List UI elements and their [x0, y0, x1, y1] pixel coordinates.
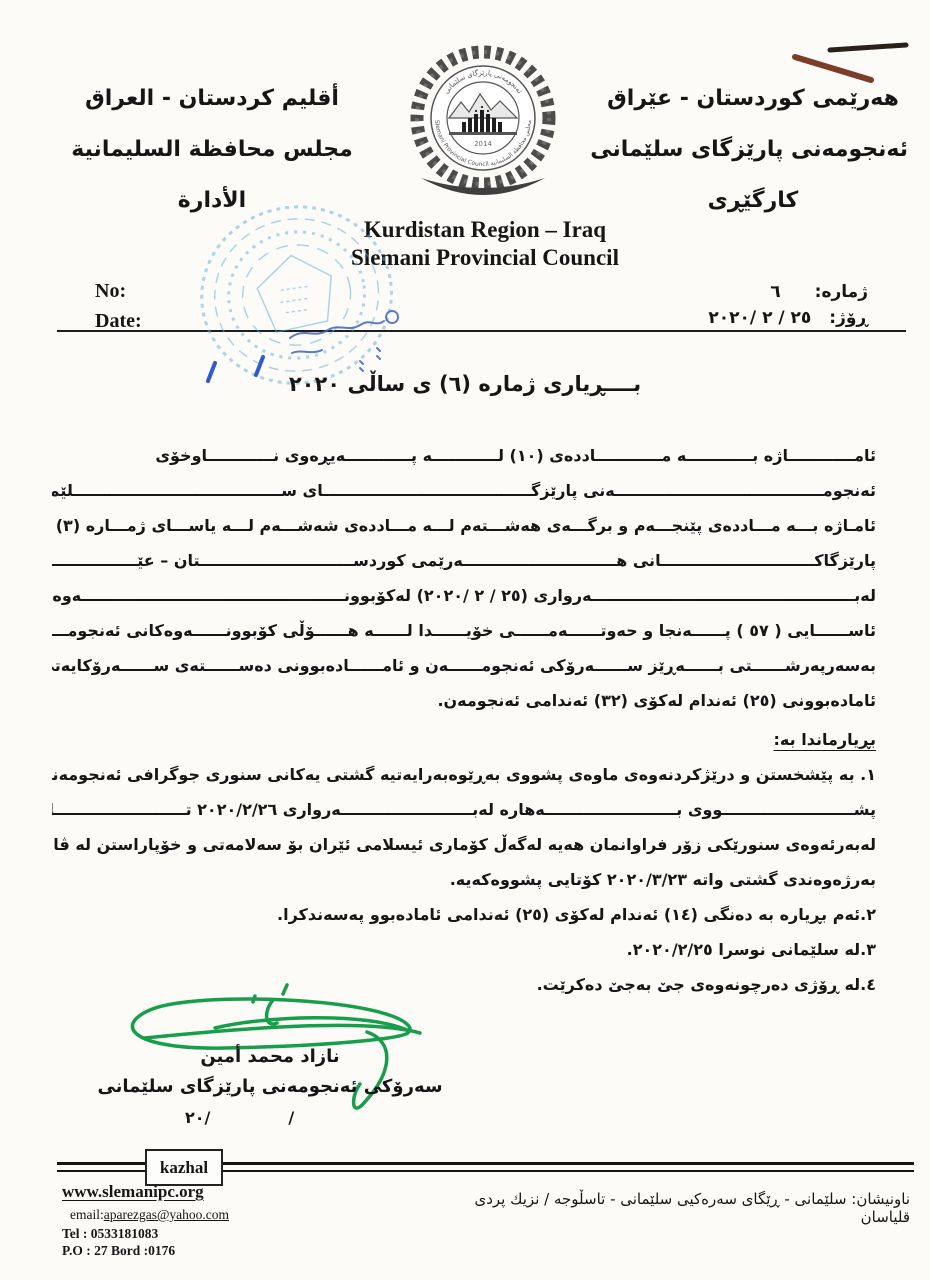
- signature-date-placeholder: ٢٠/ /: [185, 1108, 355, 1127]
- body-line: لەبـــــــــــــــــــــــــــــــــــــ…: [52, 578, 876, 613]
- number-row: ژماره: ٦: [770, 282, 868, 302]
- telephone-line: Tel : 0533181083: [62, 1226, 158, 1242]
- signatory-name: نازاد محمد أمين: [150, 1046, 390, 1067]
- email-address: aparezgas@yahoo.com: [104, 1207, 229, 1222]
- number-label: ژماره:: [815, 282, 868, 302]
- signature-date-slash: /: [288, 1108, 294, 1127]
- body-line: ئامـاژه بـــه مـــاددەی پێنجـــەم و برگـ…: [52, 508, 876, 543]
- signature-date-year: ٢٠/: [185, 1108, 210, 1127]
- header-arabic-line: مجلس محافظة السليمانية: [62, 139, 362, 161]
- handwritten-ink-note: [290, 311, 398, 371]
- decision-item-1-line: پشــــــــــــــــــــــــووی بـــــــــ…: [52, 792, 876, 827]
- decision-heading: بڕیارماندا بە:: [52, 722, 876, 757]
- email-label: email:: [70, 1207, 104, 1222]
- scanned-document-page: أقليم كردستان - العراق مجلس محافظة السلي…: [0, 0, 930, 1280]
- emblem-year: 2014: [474, 140, 492, 148]
- day-row: ڕۆژ: ٢٥ / ٢ /٢٠٢٠: [708, 308, 868, 328]
- decision-item-3: ٣.لە سلێمانی نوسرا ٢٠٢٠/٢/٢٥.: [52, 932, 876, 967]
- number-value: ٦: [770, 282, 780, 302]
- decision-item-1-line: ١. بە پێشخستن و درێژکردنەوەی ماوەی پشووی…: [52, 757, 876, 792]
- header-arabic-line: أقليم كردستان - العراق: [62, 88, 362, 110]
- body-line: ئامــــــــــــاژه بــــــــــــه مـــــ…: [52, 438, 876, 473]
- po-box-line: P.O : 27 Bord :0176: [62, 1243, 175, 1259]
- decision-item-1-line: بەرژەوەندی گشتی واتە ٢٠٢٠/٣/٢٣ کۆتایی پش…: [52, 862, 876, 897]
- decision-body: ئامــــــــــــاژه بــــــــــــه مـــــ…: [52, 438, 876, 1002]
- header-kurdish-line: کارگێڕی: [598, 190, 908, 212]
- body-line: پارێزگاکــــــــــــــــــــــــــــانی …: [52, 543, 876, 578]
- no-label: No:: [95, 280, 126, 303]
- body-line: بەسەرپەرشــــــتی بــــــەڕێز ســــــەرۆ…: [52, 648, 876, 683]
- website-link: www.slemanipc.org: [62, 1182, 204, 1202]
- decision-item-2: ٢.ئەم بڕیارە بە دەنگی (١٤) ئەندام لەکۆی …: [52, 897, 876, 932]
- council-emblem-icon: ئەنجومەنی پارێزگای سلێمانی Slemani Provi…: [383, 44, 583, 208]
- body-line: ئامادەبوونی (٢٥) ئەندام لەکۆی (٣٢) ئەندا…: [52, 683, 876, 718]
- header-kurdish-line: ئەنجومەنی پارێزگای سلێمانی: [598, 139, 908, 161]
- day-value: ٢٥ / ٢ /٢٠٢٠: [708, 308, 811, 328]
- decision-item-1-line: لەبەرئەوەی سنورێکی زۆر فراوانمان هەیە لە…: [52, 827, 876, 862]
- body-line: ئاســــــایی ( ٥٧ ) پــــــەنجا و حەوتــ…: [52, 613, 876, 648]
- email-line: email:aparezgas@yahoo.com: [70, 1207, 229, 1223]
- signatory-role: سەرۆکی ئەنجومەنی پارێزگای سلێمانی: [70, 1076, 470, 1097]
- day-label: ڕۆژ:: [829, 308, 868, 328]
- address-line: ناونیشان: سلێمانی - ڕێگای سەرەکیی سلێمان…: [440, 1190, 910, 1226]
- decision-title: بــــڕیاری ژماره (٦) ی ساڵی ٢٠٢٠: [0, 372, 930, 396]
- body-line: ئەنجومــــــــــــــــــــــــــــــــــ…: [52, 473, 876, 508]
- footer-name-stamp: kazhal: [145, 1149, 223, 1186]
- pen-mark-artifact: [778, 26, 923, 96]
